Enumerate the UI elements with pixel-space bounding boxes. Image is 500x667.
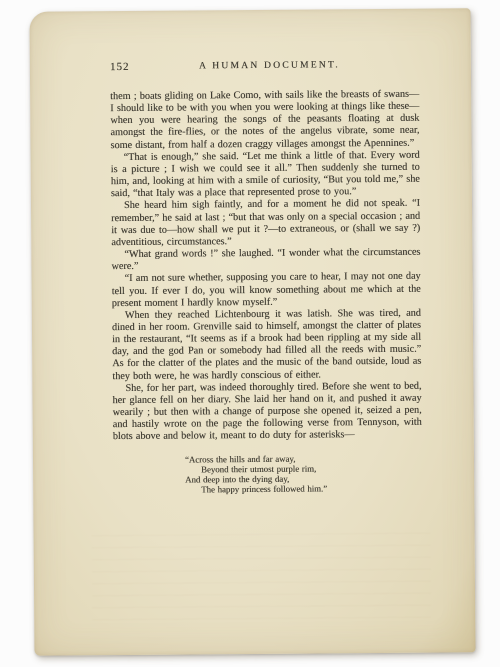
paragraph: “What grand words !” she laughed. “I won… bbox=[111, 247, 420, 274]
paper-show-through bbox=[92, 533, 432, 622]
verse-block: “Across the hills and far away,Beyond th… bbox=[185, 452, 474, 495]
page-body: them ; boats gliding on Lake Como, with … bbox=[110, 89, 422, 444]
verse-line: The happy princess followed him.” bbox=[185, 483, 474, 496]
paragraph: them ; boats gliding on Lake Como, with … bbox=[110, 89, 419, 152]
paragraph: She heard him sigh faintly, and for a mo… bbox=[111, 198, 420, 249]
paragraph: When they reached Lichtenbourg it was la… bbox=[112, 307, 422, 382]
page-header: 152 A HUMAN DOCUMENT. bbox=[110, 59, 419, 74]
paragraph: “I am not sure whether, supposing you ca… bbox=[112, 271, 421, 310]
running-title: A HUMAN DOCUMENT. bbox=[110, 59, 419, 72]
book-page: 152 A HUMAN DOCUMENT. them ; boats glidi… bbox=[29, 8, 475, 655]
paragraph: She, for her part, was indeed thoroughly… bbox=[112, 380, 421, 443]
paragraph: “That is enough,” she said. “Let me thin… bbox=[111, 149, 420, 200]
page-number: 152 bbox=[110, 61, 130, 73]
scan-background: 152 A HUMAN DOCUMENT. them ; boats glidi… bbox=[0, 0, 500, 667]
